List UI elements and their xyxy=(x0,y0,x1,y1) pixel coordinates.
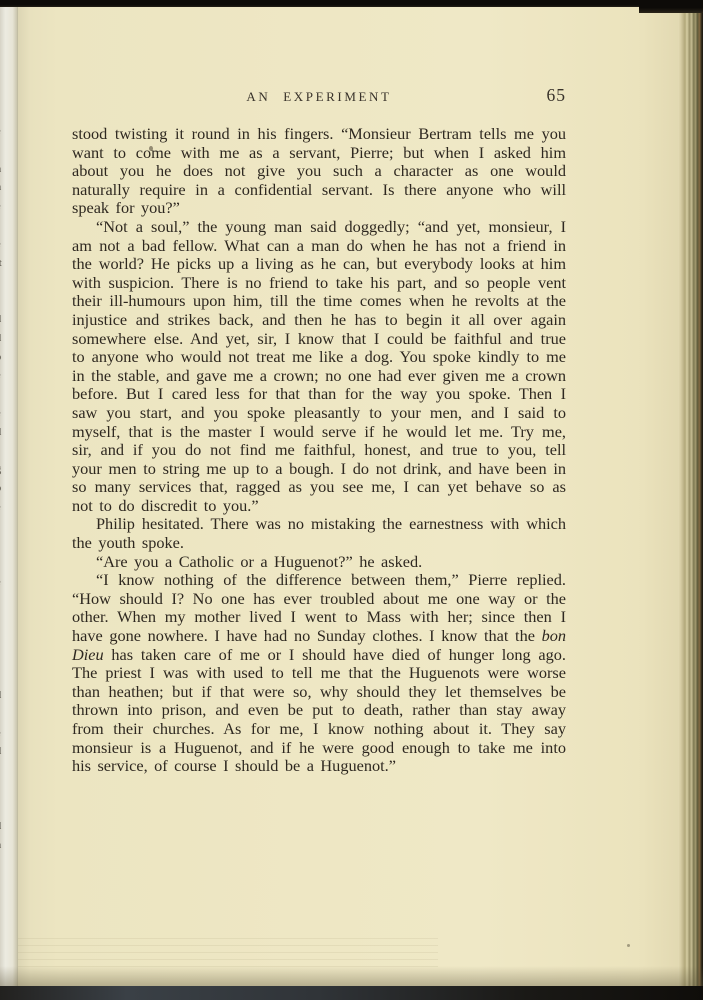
edge-fragment: d xyxy=(0,330,7,349)
edge-fragment: e xyxy=(0,499,7,518)
edge-fragment: , xyxy=(0,142,7,161)
paragraph-text: stood twisting it round in his fingers. … xyxy=(72,124,566,217)
running-title: AN EXPERIMENT xyxy=(72,89,566,105)
scan-bottom-edge xyxy=(0,986,703,1000)
edge-fragment: r xyxy=(0,781,7,800)
edge-fragment xyxy=(0,668,7,687)
scan-top-right-corner xyxy=(639,0,703,13)
edge-fragment: t xyxy=(0,612,7,631)
paragraph-text: “Are you a Catholic or a Huguenot?” he a… xyxy=(96,552,422,571)
edge-fragment: e xyxy=(0,367,7,386)
paragraph: Philip hesitated. There was no mistaking… xyxy=(72,515,566,552)
edge-fragment: d xyxy=(0,687,7,706)
paragraph: “I know nothing of the difference betwee… xyxy=(72,571,566,776)
edge-fragment xyxy=(0,706,7,725)
paragraph: “Are you a Catholic or a Huguenot?” he a… xyxy=(72,553,566,572)
edge-fragment: o xyxy=(0,480,7,499)
page-header: AN EXPERIMENT 65 xyxy=(72,88,566,108)
edge-fragment: d xyxy=(0,424,7,443)
edge-fragment: e xyxy=(0,236,7,255)
edge-fragment: l xyxy=(0,649,7,668)
edge-fragment: l xyxy=(0,443,7,462)
body-text: stood twisting it round in his fingers. … xyxy=(72,125,566,776)
paragraph-text: “Not a soul,” the young man said doggedl… xyxy=(72,217,566,515)
edge-fragment xyxy=(0,593,7,612)
page-number: 65 xyxy=(547,85,567,106)
page-text-block: AN EXPERIMENT 65 stood twisting it round… xyxy=(72,88,566,776)
edge-fragment: n xyxy=(0,837,7,856)
book-fore-edge xyxy=(678,7,703,986)
edge-fragment: n xyxy=(0,161,7,180)
edge-fragment: d xyxy=(0,743,7,762)
edge-fragment: t xyxy=(0,518,7,537)
edge-fragment xyxy=(0,292,7,311)
edge-fragment: e xyxy=(0,405,7,424)
scan-top-edge xyxy=(0,0,703,7)
edge-fragment: d xyxy=(0,311,7,330)
edge-fragment xyxy=(0,555,7,574)
paragraph-text: Philip hesitated. There was no mistaking… xyxy=(72,514,566,552)
edge-fragment: it xyxy=(0,255,7,274)
facing-page-edge: e,nneseitsddoeedlgoetetldedrdn xyxy=(0,7,18,986)
edge-fragment: e xyxy=(0,574,7,593)
edge-fragment xyxy=(0,386,7,405)
page-bottom-shadow xyxy=(0,966,703,986)
paragraph-text: “I know nothing of the difference betwee… xyxy=(72,570,566,645)
edge-fragment xyxy=(0,537,7,556)
edge-fragment xyxy=(0,762,7,781)
edge-fragment xyxy=(0,800,7,819)
edge-fragment: e xyxy=(0,198,7,217)
edge-fragment xyxy=(0,631,7,650)
left-page-edge-fragments: e,nneseitsddoeedlgoetetldedrdn xyxy=(0,123,7,856)
edge-fragment: o xyxy=(0,349,7,368)
stacked-pages-lines xyxy=(18,938,438,968)
edge-fragment: d xyxy=(0,818,7,837)
edge-fragment: s xyxy=(0,217,7,236)
paragraph-text: has taken care of me or I should have di… xyxy=(72,645,566,776)
edge-fragment: n xyxy=(0,179,7,198)
edge-fragment: e xyxy=(0,725,7,744)
edge-fragment: e xyxy=(0,123,7,142)
edge-fragment: g xyxy=(0,461,7,480)
paragraph: “Not a soul,” the young man said doggedl… xyxy=(72,218,566,516)
paragraph: stood twisting it round in his fingers. … xyxy=(72,125,566,218)
paper-blemish xyxy=(627,944,630,947)
edge-fragment: s xyxy=(0,273,7,292)
